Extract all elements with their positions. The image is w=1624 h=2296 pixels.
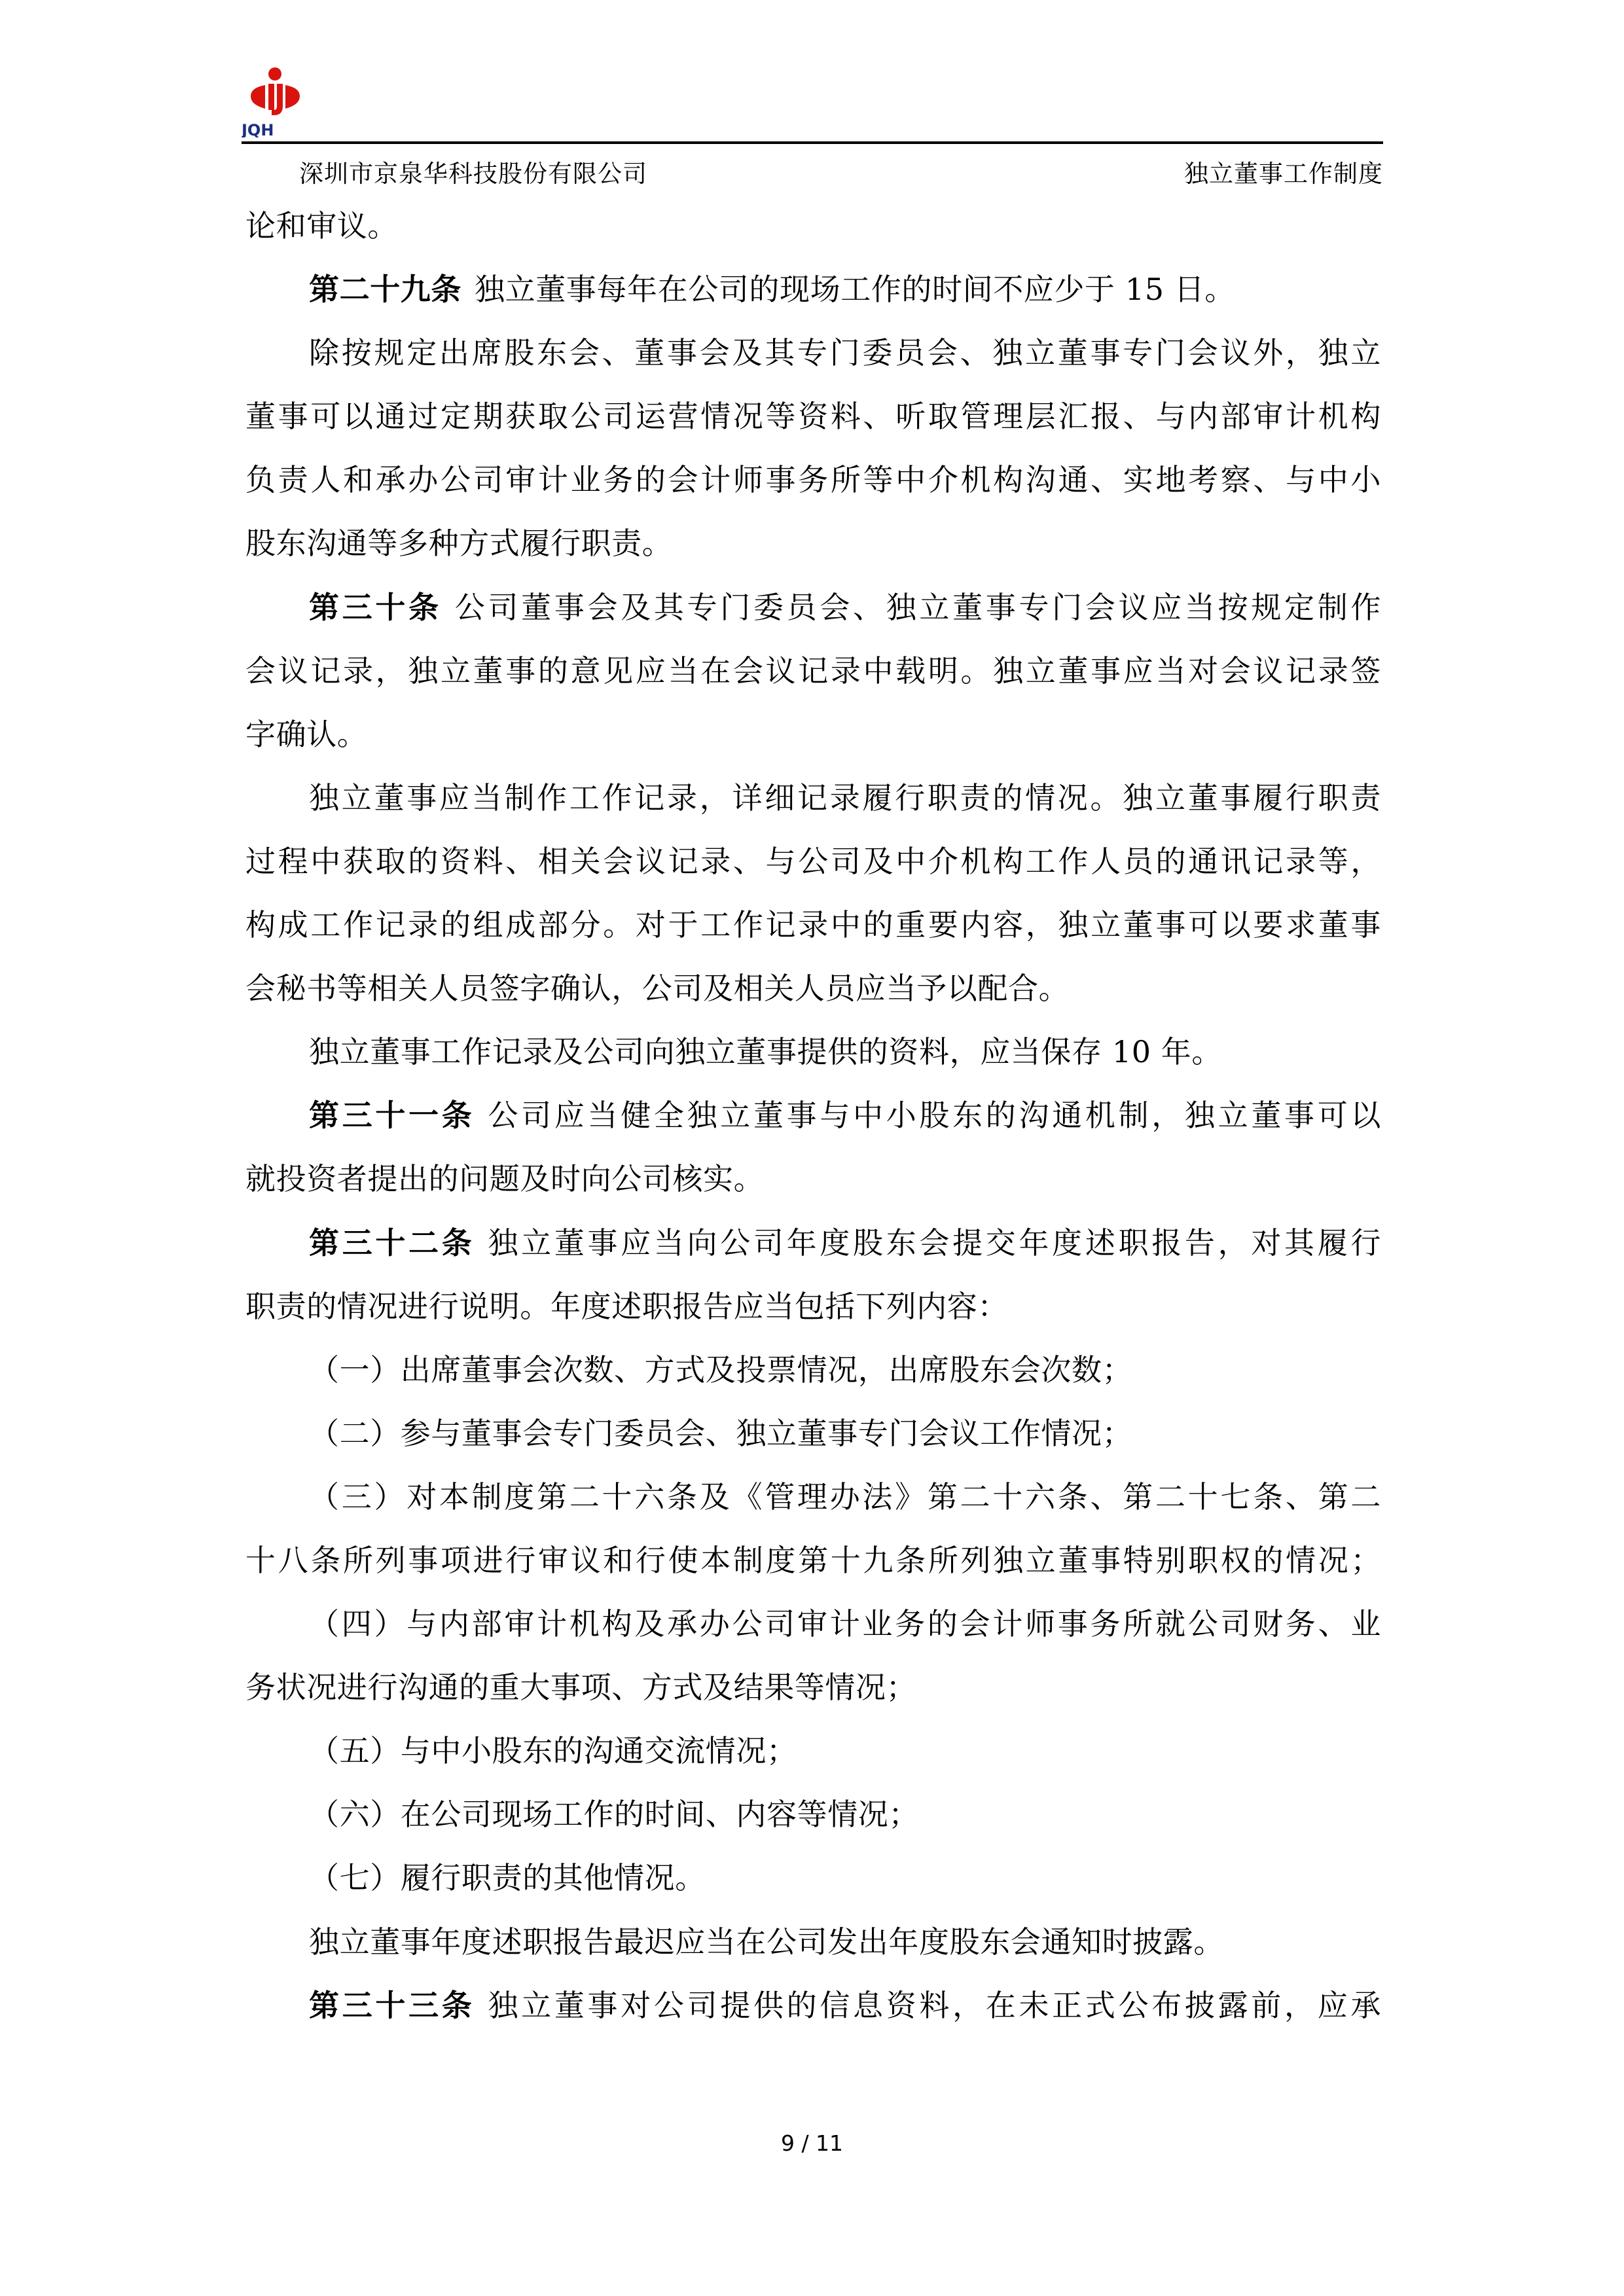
paragraph-line: （四）与内部审计机构及承办公司审计业务的会计师事务所就公司财务、业 [245,1606,1381,1670]
line-text: （六）在公司现场工作的时间、内容等情况； [309,1797,919,1832]
line-text: （二）参与董事会专门委员会、独立董事专门会议工作情况； [309,1416,1132,1451]
document-body: 论和审议。第二十九条独立董事每年在公司的现场工作的时间不应少于 15 日。除按规… [245,208,1381,2051]
line-text: 独立董事应当向公司年度股东会提交年度述职报告，对其履行 [488,1225,1381,1261]
paragraph-line: 独立董事应当制作工作记录，详细记录履行职责的情况。独立董事履行职责 [245,780,1381,844]
line-text: 负责人和承办公司审计业务的会计师事务所等中介机构沟通、实地考察、与中小 [245,462,1381,497]
line-text: 务状况进行沟通的重大事项、方式及结果等情况； [245,1670,916,1705]
paragraph-line: （五）与中小股东的沟通交流情况； [245,1733,1381,1797]
paragraph-line: （一）出席董事会次数、方式及投票情况，出席股东会次数； [245,1352,1381,1416]
line-text: 十八条所列事项进行审议和行使本制度第十九条所列独立董事特别职权的情况； [245,1543,1381,1578]
paragraph-line: 过程中获取的资料、相关会议记录、与公司及中介机构工作人员的通讯记录等， [245,844,1381,907]
article-line: 第三十一条公司应当健全独立董事与中小股东的沟通机制，独立董事可以 [245,1098,1381,1161]
line-text: 独立董事年度述职报告最迟应当在公司发出年度股东会通知时披露。 [309,1924,1224,1960]
article-heading: 第三十条 [309,590,442,625]
paragraph-line: 职责的情况进行说明。年度述职报告应当包括下列内容： [245,1289,1381,1352]
line-text: （一）出席董事会次数、方式及投票情况，出席股东会次数； [309,1352,1132,1388]
paragraph-line: 独立董事工作记录及公司向独立董事提供的资料，应当保存 10 年。 [245,1034,1381,1098]
line-text: 董事可以通过定期获取公司运营情况等资料、听取管理层汇报、与内部审计机构 [245,399,1381,434]
paragraph-line: 论和审议。 [245,208,1381,272]
paragraph-line: 独立董事年度述职报告最迟应当在公司发出年度股东会通知时披露。 [245,1924,1381,1988]
header-divider [242,141,1383,144]
article-heading: 第二十九条 [309,272,461,307]
company-logo-icon: JQH [242,52,314,137]
paragraph-line: 务状况进行沟通的重大事项、方式及结果等情况； [245,1670,1381,1733]
line-text: 独立董事对公司提供的信息资料，在未正式公布披露前，应承 [488,1988,1381,2023]
article-heading: 第三十二条 [309,1225,475,1261]
line-text: （四）与内部审计机构及承办公司审计业务的会计师事务所就公司财务、业 [309,1606,1381,1641]
line-text: 就投资者提出的问题及时向公司核实。 [245,1161,764,1196]
line-text: 除按规定出席股东会、董事会及其专门委员会、独立董事专门会议外，独立 [309,335,1381,370]
paragraph-line: 就投资者提出的问题及时向公司核实。 [245,1161,1381,1225]
article-line: 第三十二条独立董事应当向公司年度股东会提交年度述职报告，对其履行 [245,1225,1381,1289]
paragraph-line: （三）对本制度第二十六条及《管理办法》第二十六条、第二十七条、第二 [245,1479,1381,1543]
article-line: 第二十九条独立董事每年在公司的现场工作的时间不应少于 15 日。 [245,272,1381,335]
line-text: （五）与中小股东的沟通交流情况； [309,1733,797,1768]
line-text: 构成工作记录的组成部分。对于工作记录中的重要内容，独立董事可以要求董事 [245,907,1381,942]
company-name: 深圳市京泉华科技股份有限公司 [299,161,647,187]
paragraph-line: （七）履行职责的其他情况。 [245,1860,1381,1924]
paragraph-line: 除按规定出席股东会、董事会及其专门委员会、独立董事专门会议外，独立 [245,335,1381,399]
line-text: 会秘书等相关人员签字确认，公司及相关人员应当予以配合。 [245,971,1069,1006]
paragraph-line: 董事可以通过定期获取公司运营情况等资料、听取管理层汇报、与内部审计机构 [245,399,1381,462]
line-text: （七）履行职责的其他情况。 [309,1860,706,1895]
line-text: （三）对本制度第二十六条及《管理办法》第二十六条、第二十七条、第二 [309,1479,1381,1515]
page-number: 9 / 11 [0,2130,1624,2156]
line-text: 字确认。 [245,717,367,752]
article-line: 第三十条公司董事会及其专门委员会、独立董事专门会议应当按规定制作 [245,590,1381,653]
document-page: JQH 深圳市京泉华科技股份有限公司 独立董事工作制度 论和审议。第二十九条独立… [0,0,1624,2296]
paragraph-line: （六）在公司现场工作的时间、内容等情况； [245,1797,1381,1860]
line-text: 论和审议。 [245,208,398,243]
document-title: 独立董事工作制度 [1184,161,1383,187]
line-text: 过程中获取的资料、相关会议记录、与公司及中介机构工作人员的通讯记录等， [245,844,1381,879]
line-text: 股东沟通等多种方式履行职责。 [245,526,672,561]
line-text: 公司董事会及其专门委员会、独立董事专门会议应当按规定制作 [455,590,1381,625]
paragraph-line: 负责人和承办公司审计业务的会计师事务所等中介机构沟通、实地考察、与中小 [245,462,1381,526]
line-text: 公司应当健全独立董事与中小股东的沟通机制，独立董事可以 [488,1098,1381,1133]
paragraph-line: 会议记录，独立董事的意见应当在会议记录中载明。独立董事应当对会议记录签 [245,653,1381,717]
line-text: 会议记录，独立董事的意见应当在会议记录中载明。独立董事应当对会议记录签 [245,653,1381,689]
paragraph-line: 会秘书等相关人员签字确认，公司及相关人员应当予以配合。 [245,971,1381,1034]
article-line: 第三十三条独立董事对公司提供的信息资料，在未正式公布披露前，应承 [245,1988,1381,2051]
line-text: 独立董事工作记录及公司向独立董事提供的资料，应当保存 10 年。 [309,1034,1222,1069]
line-text: 职责的情况进行说明。年度述职报告应当包括下列内容： [245,1289,1008,1324]
line-text: 独立董事应当制作工作记录，详细记录履行职责的情况。独立董事履行职责 [309,780,1381,816]
paragraph-line: 字确认。 [245,717,1381,780]
line-text: 独立董事每年在公司的现场工作的时间不应少于 15 日。 [475,272,1235,307]
article-heading: 第三十一条 [309,1098,475,1133]
paragraph-line: 股东沟通等多种方式履行职责。 [245,526,1381,589]
paragraph-line: （二）参与董事会专门委员会、独立董事专门会议工作情况； [245,1416,1381,1479]
logo-text: JQH [242,121,274,137]
paragraph-line: 十八条所列事项进行审议和行使本制度第十九条所列独立董事特别职权的情况； [245,1543,1381,1606]
page-header: JQH 深圳市京泉华科技股份有限公司 独立董事工作制度 [242,52,1383,145]
article-heading: 第三十三条 [309,1988,475,2023]
paragraph-line: 构成工作记录的组成部分。对于工作记录中的重要内容，独立董事可以要求董事 [245,907,1381,971]
